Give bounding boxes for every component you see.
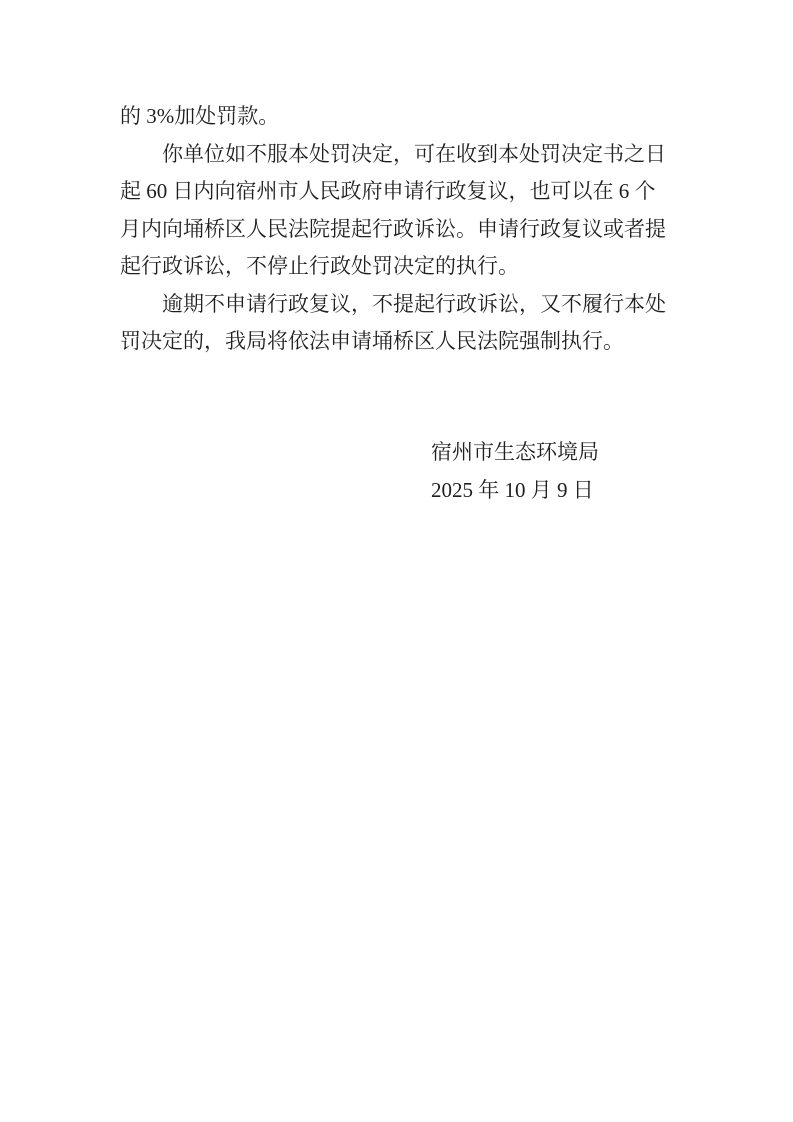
signature-block: 宿州市生态环境局 2025 年 10 月 9 日: [431, 434, 599, 509]
body-text-line: 你单位如不服本处罚决定，可在收到本处罚决定书之日: [120, 136, 692, 174]
body-text-line: 逾期不申请行政复议，不提起行政诉讼，又不履行本处: [120, 286, 692, 324]
body-text-line: 罚决定的，我局将依法申请埇桥区人民法院强制执行。: [120, 323, 692, 361]
body-text: 的 3%加处罚款。 你单位如不服本处罚决定，可在收到本处罚决定书之日 起 60 …: [120, 98, 692, 361]
body-text-line: 起行政诉讼，不停止行政处罚决定的执行。: [120, 248, 692, 286]
body-text-line: 起 60 日内向宿州市人民政府申请行政复议，也可以在 6 个: [120, 173, 692, 211]
body-text-line: 的 3%加处罚款。: [120, 98, 692, 136]
document-page: 的 3%加处罚款。 你单位如不服本处罚决定，可在收到本处罚决定书之日 起 60 …: [0, 0, 793, 1122]
signature-date: 2025 年 10 月 9 日: [431, 472, 599, 510]
body-text-line: 月内向埇桥区人民法院提起行政诉讼。申请行政复议或者提: [120, 211, 692, 249]
signature-agency: 宿州市生态环境局: [431, 434, 599, 472]
